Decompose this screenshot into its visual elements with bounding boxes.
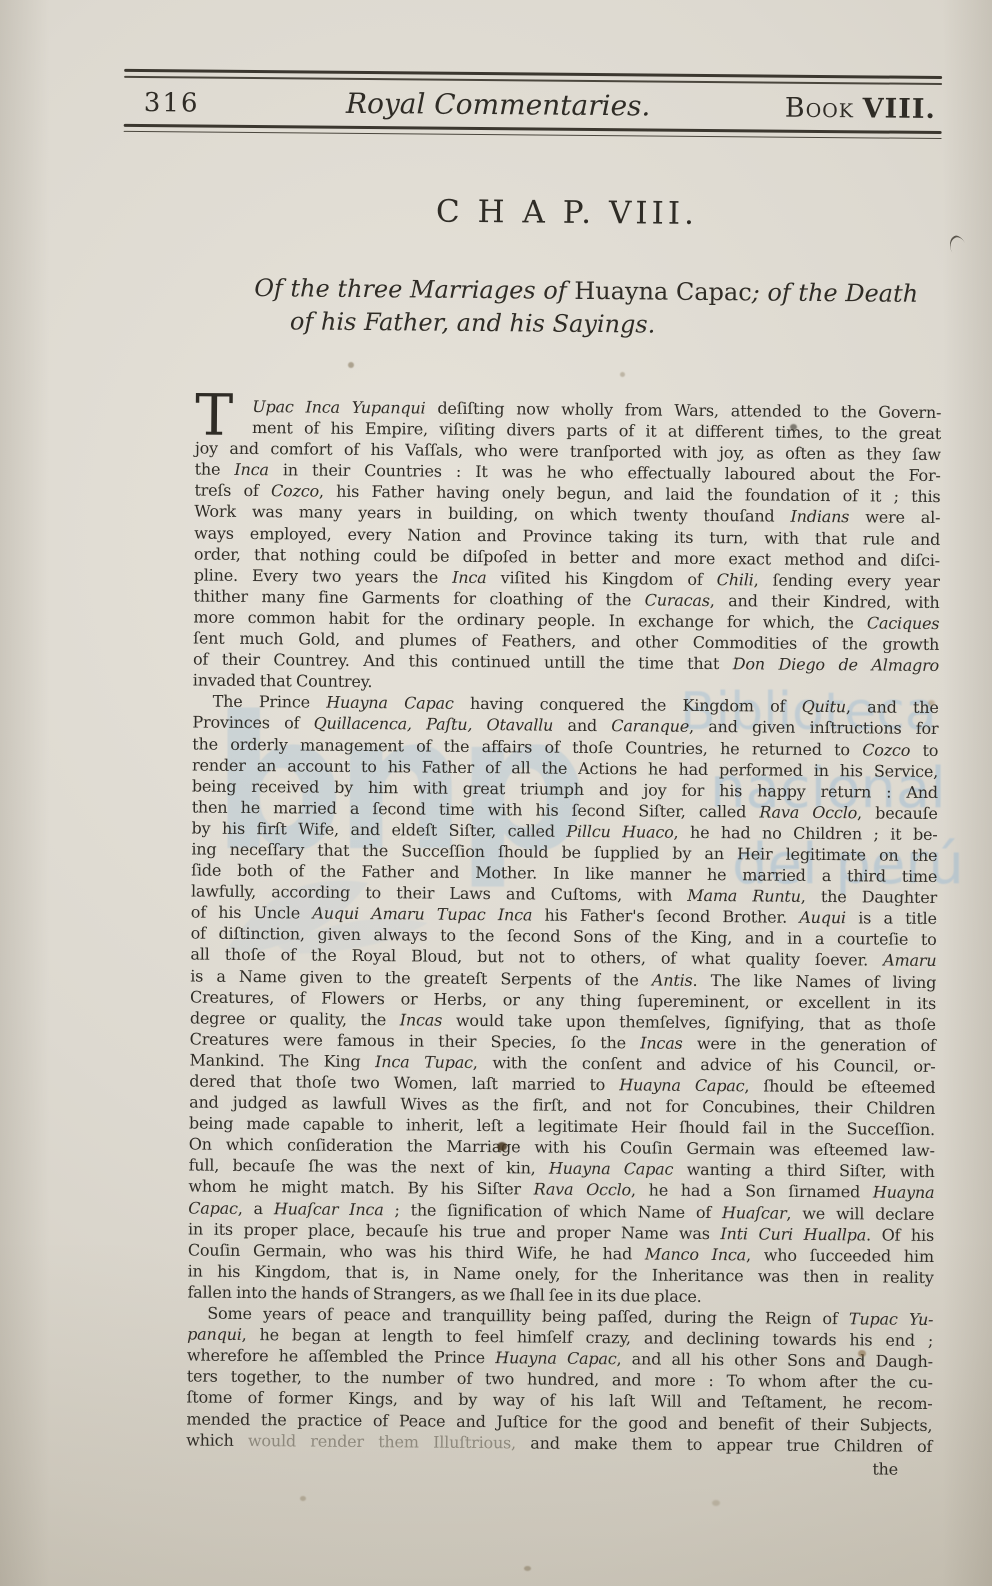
- text-segment: Incas: [400, 1010, 443, 1029]
- text-segment: wanting a third Siſter, with: [673, 1160, 934, 1181]
- text-segment: , and the: [846, 698, 939, 718]
- running-title: Royal Commentaries.: [346, 86, 651, 122]
- paragraph: The Prince Huayna Capac having conquered…: [187, 691, 938, 1309]
- text-segment: viſited his Kingdom of: [486, 568, 716, 589]
- text-segment: Rava Occlo: [534, 1180, 631, 1200]
- text-segment: were in the generation of: [683, 1034, 936, 1055]
- text-segment: of his Father, and his Sayings.: [290, 307, 656, 338]
- text-segment: Cozco: [862, 740, 910, 759]
- text-segment: Indians: [791, 507, 850, 527]
- text-segment: Huayna: [873, 1183, 935, 1203]
- text-segment: , the Daughter: [801, 887, 937, 907]
- text-segment: invaded that Countrey.: [193, 671, 373, 692]
- text-segment: Capac: [188, 1198, 238, 1217]
- text-segment: Auqui: [799, 908, 846, 927]
- text-segment: Huayna Capac: [549, 1159, 674, 1179]
- text-segment: Inca Tupac: [375, 1052, 473, 1072]
- text-segment: Huayna Capac: [495, 1348, 616, 1368]
- text-segment: , he had a Son ſirnamed: [631, 1181, 873, 1202]
- text-segment: Mama Runtu: [687, 886, 801, 906]
- text-segment: , becauſe: [857, 803, 938, 823]
- text-segment: would render them Illuſtrious,: [248, 1431, 516, 1452]
- text-segment: , who ſucceeded him: [746, 1245, 934, 1266]
- text-segment: Chili: [717, 570, 754, 589]
- text-segment: thither many fine Garments for cloathing…: [193, 586, 644, 609]
- text-segment: having conquered the Kingdom of: [454, 694, 802, 716]
- text-segment: Pillcu Huaco: [566, 822, 673, 842]
- text-segment: Upac Inca Yupanqui: [252, 397, 425, 418]
- text-segment: Creatures were famous in their Species, …: [190, 1029, 641, 1052]
- text-segment: and make them to appear true Children of: [516, 1433, 932, 1456]
- text-segment: Curacas: [645, 590, 710, 610]
- text-segment: Huayna Capac: [326, 693, 454, 713]
- book-label: Book VIII.: [785, 92, 936, 124]
- text-segment: is a Name given to the greateſt Serpents…: [190, 966, 652, 989]
- text-segment: Quitu: [802, 697, 846, 716]
- drop-cap: T: [195, 393, 233, 439]
- text-segment: to: [910, 740, 938, 759]
- text-segment: Couſin Germain, who was his third Wife, …: [188, 1240, 645, 1263]
- text-segment: Cozco: [271, 482, 319, 501]
- chapter-heading: C H A P. VIII.: [191, 191, 943, 234]
- text-segment: and: [553, 716, 611, 736]
- text-segment: full, becauſe ſhe was the next of kin,: [189, 1156, 550, 1178]
- page-number: 316: [144, 88, 200, 118]
- text-segment: Inti Curi Huallpa: [720, 1224, 866, 1244]
- text-segment: Huaſcar Inca: [274, 1199, 384, 1219]
- subtitle-line: of his Father, and his Sayings.: [196, 305, 944, 345]
- text-segment: Mankind. The King: [189, 1050, 375, 1071]
- text-segment: , ſending every year: [754, 570, 940, 591]
- text-segment: Quillacenca, Paſtu, Otavallu: [314, 714, 554, 735]
- text-segment: , a: [238, 1198, 274, 1217]
- text-segment: dered that thoſe two Women, laſt married…: [189, 1071, 619, 1094]
- text-segment: Manco Inca: [645, 1244, 746, 1264]
- text-segment: were al-: [849, 508, 940, 528]
- text-segment: which: [186, 1430, 248, 1450]
- text-segment: is a title: [846, 908, 937, 928]
- text-segment: Huaſcar: [722, 1203, 787, 1223]
- text-segment: , and their Kindred, with: [710, 591, 940, 612]
- text-segment: pline. Every two years the: [194, 565, 453, 586]
- text-segment: , with the conſent and advice of his Cou…: [473, 1053, 936, 1076]
- text-segment: Huayna Capac: [574, 277, 752, 307]
- text-segment: , ſhould be eſteemed: [744, 1076, 935, 1097]
- text-segment: , he had no Children ; it be-: [674, 823, 938, 844]
- catchword: the: [186, 1452, 932, 1480]
- text-segment: ; the ſignification of which Name of: [384, 1200, 723, 1222]
- page-content: 316 Royal Commentaries. Book VIII. C H A…: [0, 0, 992, 1586]
- text-segment: ; of the Death: [752, 278, 919, 307]
- text-segment: . The like Names of living: [692, 970, 936, 991]
- text-segment: Rava Occlo: [759, 802, 857, 822]
- text-segment: the: [195, 460, 235, 479]
- text-segment: whom he might match. By his Siſter: [188, 1177, 533, 1199]
- text-segment: Don Diego de Almagro: [733, 654, 939, 675]
- text-segment: by his firſt Wife, and eldeſt Siſter, ca…: [191, 818, 566, 840]
- text-segment: Caciques: [867, 613, 940, 633]
- text-segment: Amaru: [883, 951, 936, 970]
- running-header: 316 Royal Commentaries. Book VIII.: [124, 69, 943, 139]
- text-segment: , and given inſtructions for: [689, 717, 939, 738]
- text-segment: Inca: [452, 568, 486, 587]
- text-segment: wherefore he aſſembled the Prince: [187, 1346, 495, 1368]
- text-segment: . Of his: [866, 1225, 934, 1245]
- text-segment: Huayna Capac: [619, 1075, 744, 1095]
- text-segment: Caranque: [611, 717, 689, 737]
- text-segment: Inca: [234, 460, 268, 479]
- text-segment: , and all his other Sons and Daugh-: [616, 1349, 933, 1371]
- text-segment: Of the three Marriages of: [254, 274, 574, 305]
- body-text: T Upac Inca Yupanqui deſiſting now wholl…: [186, 396, 941, 1480]
- text-segment: Auqui Amaru Tupac Inca: [312, 904, 532, 925]
- text-segment: panqui: [187, 1325, 242, 1344]
- text-segment: his Father's ſecond Brother.: [532, 906, 799, 927]
- text-segment: treſs of: [194, 481, 271, 501]
- text-segment: Incas: [640, 1033, 683, 1052]
- text-segment: The Prince: [213, 692, 327, 712]
- paragraph: Upac Inca Yupanqui deſiſting now wholly …: [193, 396, 942, 698]
- text-segment: would take upon themſelves, ſignifying, …: [442, 1010, 936, 1033]
- text-segment: of his Uncle: [191, 903, 313, 923]
- text-segment: Provinces of: [192, 713, 313, 733]
- paragraph: Some years of peace and tranquillity bei…: [186, 1303, 933, 1457]
- text-segment: Antis: [652, 970, 693, 989]
- text-segment: Tupac Yu-: [849, 1309, 934, 1329]
- text-segment: degree or quality, the: [190, 1008, 400, 1029]
- book-page-scan: bnp Biblioteca nacional del perú 316 Roy…: [0, 0, 992, 1586]
- chapter-subtitle: Of the three Marriages of Huayna Capac; …: [196, 272, 945, 345]
- text-segment: , we will declare: [786, 1203, 934, 1223]
